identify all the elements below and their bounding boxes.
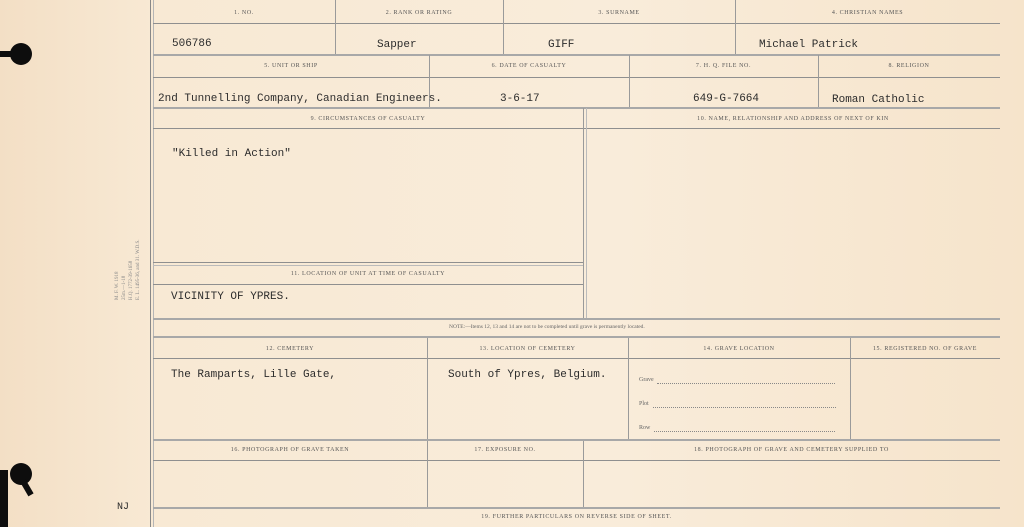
label-exposure: 17. Exposure No.	[427, 447, 583, 453]
label-hq-file: 7. H. Q. File No.	[629, 63, 818, 69]
value-hq-file: 649-G-7664	[693, 93, 759, 105]
value-circumstances: "Killed in Action"	[172, 148, 291, 160]
row3-header-rule	[153, 128, 1000, 129]
value-location-cemetery: South of Ypres, Belgium.	[448, 369, 606, 381]
row-field-label: Row	[639, 425, 650, 431]
form-reference-line: M. F. W. 1918	[114, 239, 121, 300]
label-surname: 3. Surname	[503, 10, 735, 16]
casualty-record-card: M. F. W. 1918 25m.—1-18 H.Q. 1772-39-165…	[0, 0, 1024, 527]
label-registered-no: 15. Registered No. of Grave	[850, 346, 1000, 352]
divider	[628, 338, 629, 439]
form-reference: M. F. W. 1918 25m.—1-18 H.Q. 1772-39-165…	[114, 239, 142, 300]
value-unit: 2nd Tunnelling Company, Canadian Enginee…	[158, 93, 442, 105]
label-next-of-kin: 10. Name, Relationship and Address of Ne…	[586, 116, 1000, 122]
value-cemetery: The Ramparts, Lille Gate,	[171, 369, 336, 381]
label-photo-taken: 16. Photograph of Grave Taken	[153, 447, 427, 453]
row3-location-top-rule2	[153, 265, 583, 266]
note-text: NOTE:—Items 12, 13 and 14 are not to be …	[449, 324, 645, 330]
divider	[735, 0, 736, 54]
label-unit: 5. Unit or Ship	[153, 63, 429, 69]
value-religion: Roman Catholic	[832, 94, 924, 106]
row3-location-header-rule	[153, 284, 583, 285]
row5-header-rule	[153, 460, 1000, 461]
label-rank: 2. Rank or Rating	[335, 10, 503, 16]
value-rank: Sapper	[377, 39, 417, 51]
initials: NJ	[117, 502, 129, 513]
label-no: 1. No.	[153, 10, 335, 16]
plot-field-label: Plot	[639, 401, 649, 407]
plot-field-line	[653, 407, 836, 408]
value-date: 3-6-17	[500, 93, 540, 105]
divider	[586, 108, 587, 318]
row2-bottom-rule	[153, 107, 1000, 109]
value-surname: GIFF	[548, 39, 574, 51]
label-photo-supplied: 18. Photograph of Grave and Cemetery Sup…	[583, 447, 1000, 453]
note-bottom-rule	[153, 336, 1000, 338]
divider	[427, 338, 428, 439]
row3-bottom-rule	[153, 318, 1000, 320]
label-circumstances: 9. Circumstances of Casualty	[153, 116, 583, 122]
footer-text: 19. Further Particulars on Reverse Side …	[153, 514, 1000, 520]
row4-bottom-rule	[153, 439, 1000, 441]
value-location-unit: VICINITY OF YPRES.	[171, 291, 290, 303]
punch-hole-bottom-stem	[0, 470, 8, 527]
row4-header-rule	[153, 358, 1000, 359]
form-reference-line: H.Q. 1772-39-1658	[128, 239, 135, 300]
label-date: 6. Date of Casualty	[429, 63, 629, 69]
value-christian-names: Michael Patrick	[759, 39, 858, 51]
label-christian-names: 4. Christian Names	[735, 10, 1000, 16]
divider	[335, 0, 336, 54]
row3-location-top-rule	[153, 262, 583, 263]
punch-hole-bottom-tail	[20, 480, 33, 497]
label-grave-location: 14. Grave Location	[628, 346, 850, 352]
grave-field-label: Grave	[639, 377, 654, 383]
row2-header-rule	[153, 77, 1000, 78]
row5-bottom-rule	[153, 507, 1000, 509]
divider	[850, 338, 851, 439]
form-reference-line: E. L. 1495-36, and 31. W.D.S.	[135, 239, 142, 300]
row1-bottom-rule	[153, 54, 1000, 56]
label-location-cemetery: 13. Location of Cemetery	[427, 346, 628, 352]
label-location-unit: 11. Location of Unit at Time of Casualty	[153, 271, 583, 277]
label-cemetery: 12. Cemetery	[153, 346, 427, 352]
row1-header-rule	[153, 23, 1000, 24]
divider	[583, 108, 584, 318]
grave-field-line	[657, 383, 835, 384]
row-field-line	[654, 431, 835, 432]
value-no: 506786	[172, 38, 212, 50]
label-religion: 8. Religion	[818, 63, 1000, 69]
form-border-left	[150, 0, 151, 527]
divider	[503, 0, 504, 54]
form-reference-line: 25m.—1-18	[121, 239, 128, 300]
punch-hole-top-stem	[0, 51, 14, 57]
